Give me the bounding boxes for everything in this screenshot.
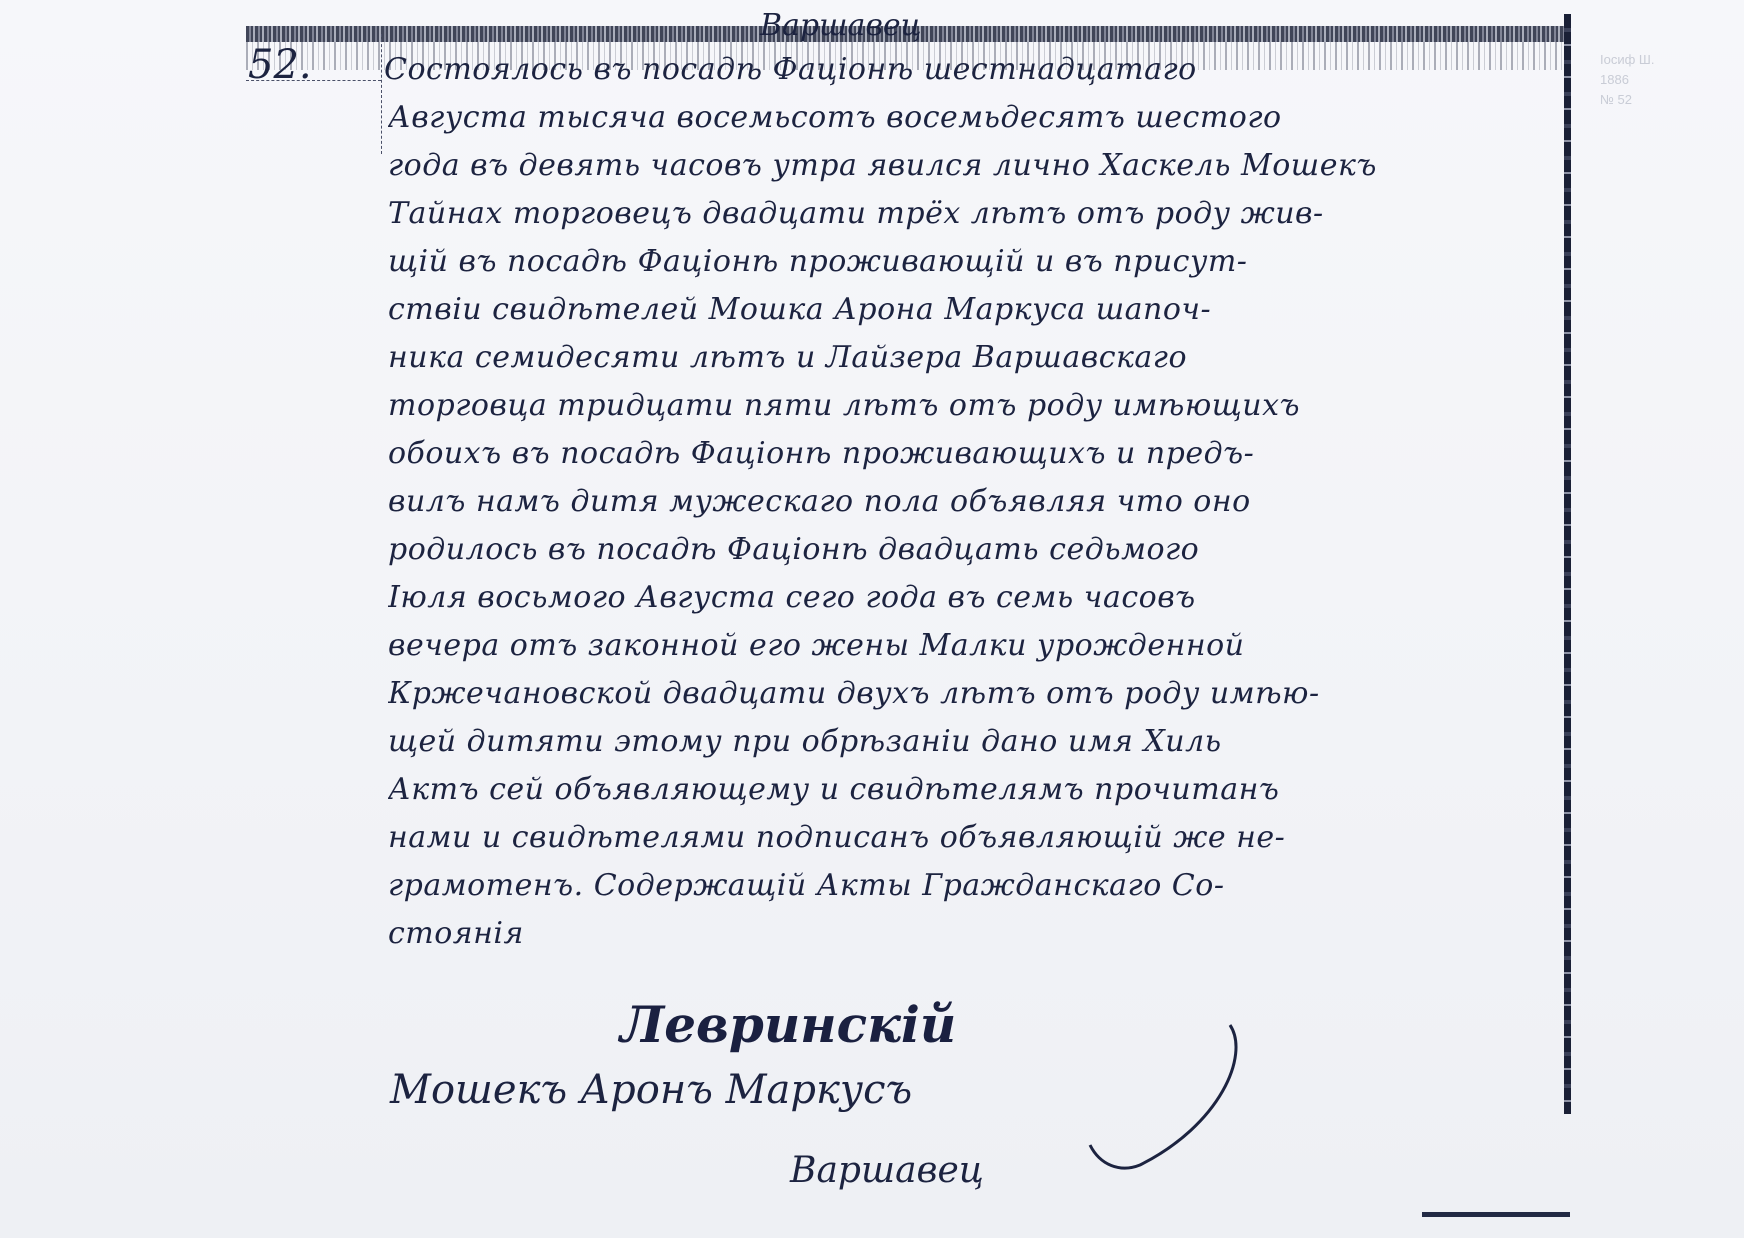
header-signature: Варшавец (760, 8, 922, 43)
ghost-text-line: № 52 (1600, 90, 1730, 110)
ghost-text-line: 1886 (1600, 70, 1730, 90)
record-line: Тайнах торговецъ двадцати трёх лѣтъ отъ … (388, 190, 1563, 238)
signature-flourish-icon (1080, 1015, 1260, 1175)
record-line: обоихъ въ посадѣ Фаціонѣ проживающихъ и … (388, 430, 1563, 478)
record-line: года въ девять часовъ утра явился лично … (388, 142, 1563, 190)
entry-number: 52. (248, 42, 312, 88)
ghost-text-line: Іосиф Ш. (1600, 50, 1730, 70)
record-line: ника семидесяти лѣтъ и Лайзера Варшавска… (388, 334, 1563, 382)
witness-signature: Мошекъ Аронъ Маркусъ (390, 1067, 912, 1113)
record-line: щей дитяти этому при обрѣзаніи дано имя … (388, 718, 1563, 766)
record-line: Августа тысяча восемьсотъ восемьдесятъ ш… (388, 94, 1563, 142)
margin-divider (381, 34, 382, 154)
registrar-signature: Левринскій (620, 995, 956, 1054)
bleed-through-margin-text: Іосиф Ш. 1886 № 52 (1600, 50, 1730, 110)
record-line: Іюля восьмого Августа сего года въ семь … (388, 574, 1563, 622)
record-line: щій въ посадѣ Фаціонѣ проживающій и въ п… (388, 238, 1563, 286)
record-body: Состоялось въ посадѣ Фаціонѣ шестнадцата… (388, 46, 1563, 958)
scanned-document-page: Іосиф Ш. 1886 № 52 52. Варшавец Состояло… (0, 0, 1744, 1238)
record-line: Актъ сей объявляющему и свидѣтелямъ проч… (388, 766, 1563, 814)
record-line: нами и свидѣтелями подписанъ объявляющій… (388, 814, 1563, 862)
record-line: вечера отъ законной его жены Малки урожд… (388, 622, 1563, 670)
record-line: родилось въ посадѣ Фаціонѣ двадцать седь… (388, 526, 1563, 574)
witness-signature-2: Варшавец (790, 1150, 984, 1191)
record-line: ствіи свидѣтелей Мошка Арона Маркуса шап… (388, 286, 1563, 334)
signature-block: Левринскій Мошекъ Аронъ Маркусъ Варшавец (380, 995, 1280, 1215)
record-line: торговца тридцати пяти лѣтъ отъ роду имѣ… (388, 382, 1563, 430)
record-frame-right-border (1564, 14, 1571, 1114)
record-frame-bottom-border (1422, 1212, 1570, 1217)
record-line: Кржечановской двадцати двухъ лѣтъ отъ ро… (388, 670, 1563, 718)
record-line: вилъ намъ дитя мужескаго пола объявляя ч… (388, 478, 1563, 526)
record-line: стоянія (388, 910, 1563, 958)
record-line: Состоялось въ посадѣ Фаціонѣ шестнадцата… (384, 46, 1563, 94)
record-line: грамотенъ. Содержащій Акты Гражданскаго … (388, 862, 1563, 910)
